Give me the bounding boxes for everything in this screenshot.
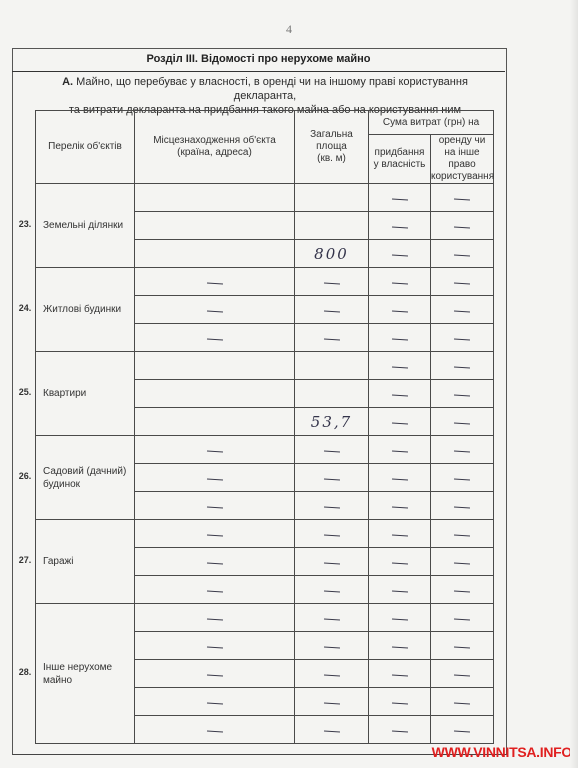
cell-purchase: [369, 464, 431, 492]
handwritten-dash: [323, 310, 339, 312]
handwritten-dash: [206, 450, 222, 452]
header-rent-line1: оренду чи: [439, 135, 486, 146]
cell-area: [295, 520, 369, 548]
subtitle-prefix: А.: [62, 76, 73, 88]
handwritten-dash: [454, 506, 470, 508]
cell-purchase: [369, 184, 431, 212]
category-label: Інше нерухоме майно: [36, 604, 135, 744]
cell-area: [295, 296, 369, 324]
category-label: Житлові будинки: [36, 268, 135, 352]
cell-area: [295, 688, 369, 716]
table-row: Садовий (дачний) будинок: [36, 436, 494, 464]
cell-area: [295, 632, 369, 660]
cell-rent: [431, 464, 494, 492]
cell-purchase: [369, 268, 431, 296]
cell-area: [295, 548, 369, 576]
handwritten-dash: [206, 282, 222, 284]
row-number: 28.: [14, 667, 36, 677]
header-purchase: придбання у власність: [369, 135, 431, 184]
cell-location: [135, 380, 295, 408]
cell-area: 53,7: [295, 408, 369, 436]
handwritten-dash: [323, 730, 339, 732]
cell-purchase: [369, 240, 431, 268]
cell-purchase: [369, 436, 431, 464]
header-expenses: Сума витрат (грн) на: [369, 111, 494, 135]
cell-rent: [431, 268, 494, 296]
cell-purchase: [369, 660, 431, 688]
handwritten-dash: [454, 254, 470, 256]
cell-location: [135, 688, 295, 716]
handwritten-dash: [206, 646, 222, 648]
header-rent-line2: на інше право: [444, 147, 479, 170]
handwritten-dash: [391, 562, 407, 564]
handwritten-dash: [391, 310, 407, 312]
row-number: 25.: [14, 387, 36, 397]
handwritten-dash: [454, 478, 470, 480]
handwritten-dash: [454, 450, 470, 452]
handwritten-dash: [391, 702, 407, 704]
category-label: Квартири: [36, 352, 135, 436]
table-row: Житлові будинки: [36, 268, 494, 296]
header-purchase-line1: придбання: [375, 147, 425, 158]
handwritten-dash: [323, 450, 339, 452]
category-label: Земельні ділянки: [36, 184, 135, 268]
handwritten-dash: [323, 534, 339, 536]
cell-rent: [431, 212, 494, 240]
cell-area: [295, 268, 369, 296]
page-number: 4: [0, 22, 578, 37]
handwritten-dash: [323, 646, 339, 648]
cell-location: [135, 632, 295, 660]
cell-area: [295, 464, 369, 492]
cell-purchase: [369, 688, 431, 716]
cell-location: [135, 576, 295, 604]
cell-rent: [431, 688, 494, 716]
handwritten-dash: [454, 618, 470, 620]
cell-rent: [431, 548, 494, 576]
cell-rent: [431, 660, 494, 688]
handwritten-dash: [454, 730, 470, 732]
cell-rent: [431, 436, 494, 464]
cell-location: [135, 212, 295, 240]
handwritten-dash: [206, 618, 222, 620]
cell-purchase: [369, 380, 431, 408]
cell-location: [135, 184, 295, 212]
cell-purchase: [369, 212, 431, 240]
handwritten-dash: [454, 646, 470, 648]
cell-area: [295, 492, 369, 520]
handwritten-dash: [206, 702, 222, 704]
subtitle-line-1: Майно, що перебуває у власності, в оренд…: [76, 76, 468, 102]
cell-purchase: [369, 408, 431, 436]
page-edge-shadow: [570, 0, 578, 768]
cell-area: [295, 436, 369, 464]
cell-area: [295, 716, 369, 744]
cell-purchase: [369, 520, 431, 548]
cell-rent: [431, 632, 494, 660]
cell-rent: [431, 324, 494, 352]
row-number: 26.: [14, 471, 36, 481]
cell-purchase: [369, 716, 431, 744]
cell-purchase: [369, 324, 431, 352]
handwritten-dash: [206, 534, 222, 536]
header-objects: Перелік об'єктів: [36, 111, 135, 184]
cell-area: [295, 380, 369, 408]
cell-location: [135, 296, 295, 324]
cell-rent: [431, 716, 494, 744]
header-location: Місцезнаходження об'єкта (країна, адреса…: [135, 111, 295, 184]
table-row: Земельні ділянки: [36, 184, 494, 212]
cell-location: [135, 492, 295, 520]
handwritten-dash: [454, 394, 470, 396]
cell-rent: [431, 492, 494, 520]
handwritten-dash: [323, 702, 339, 704]
cell-rent: [431, 520, 494, 548]
row-number: 27.: [14, 555, 36, 565]
cell-location: [135, 408, 295, 436]
handwritten-dash: [206, 730, 222, 732]
cell-area: [295, 184, 369, 212]
handwritten-dash: [391, 618, 407, 620]
handwritten-dash: [391, 282, 407, 284]
cell-purchase: [369, 492, 431, 520]
handwritten-dash: [323, 674, 339, 676]
handwritten-dash: [454, 310, 470, 312]
handwritten-dash: [323, 618, 339, 620]
cell-location: [135, 660, 295, 688]
handwritten-dash: [454, 562, 470, 564]
handwritten-dash: [323, 338, 339, 340]
handwritten-dash: [391, 534, 407, 536]
cell-location: [135, 436, 295, 464]
cell-location: [135, 464, 295, 492]
table-row: Гаражі: [36, 520, 494, 548]
section-title: Розділ III. Відомості про нерухоме майно: [12, 48, 505, 72]
cell-location: [135, 604, 295, 632]
cell-area: 800: [295, 240, 369, 268]
handwritten-dash: [206, 310, 222, 312]
handwritten-dash: [206, 338, 222, 340]
handwritten-dash: [454, 702, 470, 704]
cell-rent: [431, 576, 494, 604]
header-area-line1: Загальна площа: [310, 129, 353, 152]
cell-purchase: [369, 576, 431, 604]
handwritten-value: 800: [314, 245, 349, 263]
watermark: WWW.VINNITSA.INFO: [432, 744, 572, 760]
cell-purchase: [369, 632, 431, 660]
cell-purchase: [369, 604, 431, 632]
cell-rent: [431, 296, 494, 324]
cell-rent: [431, 408, 494, 436]
header-rent: оренду чи на інше право користування: [431, 135, 494, 184]
handwritten-dash: [391, 590, 407, 592]
header-area-line2: (кв. м): [317, 153, 346, 164]
cell-area: [295, 576, 369, 604]
cell-rent: [431, 184, 494, 212]
row-number: 24.: [14, 303, 36, 313]
cell-location: [135, 240, 295, 268]
table-row: Інше нерухоме майно: [36, 604, 494, 632]
handwritten-dash: [323, 506, 339, 508]
cell-location: [135, 520, 295, 548]
handwritten-dash: [454, 590, 470, 592]
category-label: Гаражі: [36, 520, 135, 604]
cell-area: [295, 212, 369, 240]
handwritten-dash: [206, 674, 222, 676]
header-purchase-line2: у власність: [374, 159, 426, 170]
cell-purchase: [369, 548, 431, 576]
handwritten-dash: [391, 226, 407, 228]
category-label: Садовий (дачний) будинок: [36, 436, 135, 520]
table-row: Квартири: [36, 352, 494, 380]
handwritten-dash: [454, 534, 470, 536]
handwritten-dash: [391, 422, 407, 424]
handwritten-dash: [206, 478, 222, 480]
cell-rent: [431, 352, 494, 380]
handwritten-dash: [454, 366, 470, 368]
handwritten-dash: [391, 506, 407, 508]
cell-location: [135, 716, 295, 744]
handwritten-dash: [454, 674, 470, 676]
handwritten-dash: [454, 198, 470, 200]
cell-purchase: [369, 296, 431, 324]
cell-rent: [431, 240, 494, 268]
handwritten-dash: [323, 282, 339, 284]
handwritten-dash: [391, 338, 407, 340]
handwritten-value: 53,7: [311, 413, 352, 431]
handwritten-dash: [454, 282, 470, 284]
cell-location: [135, 268, 295, 296]
handwritten-dash: [454, 338, 470, 340]
handwritten-dash: [206, 590, 222, 592]
handwritten-dash: [391, 254, 407, 256]
handwritten-dash: [323, 478, 339, 480]
cell-location: [135, 548, 295, 576]
header-area: Загальна площа (кв. м): [295, 111, 369, 184]
handwritten-dash: [391, 478, 407, 480]
handwritten-dash: [391, 646, 407, 648]
cell-rent: [431, 604, 494, 632]
handwritten-dash: [391, 730, 407, 732]
cell-area: [295, 604, 369, 632]
handwritten-dash: [454, 422, 470, 424]
cell-location: [135, 324, 295, 352]
real-estate-table: Перелік об'єктів Місцезнаходження об'єкт…: [35, 110, 494, 744]
handwritten-dash: [391, 366, 407, 368]
handwritten-dash: [391, 394, 407, 396]
handwritten-dash: [206, 562, 222, 564]
cell-area: [295, 660, 369, 688]
row-number: 23.: [14, 219, 36, 229]
cell-area: [295, 352, 369, 380]
cell-location: [135, 352, 295, 380]
cell-rent: [431, 380, 494, 408]
cell-area: [295, 324, 369, 352]
handwritten-dash: [323, 590, 339, 592]
handwritten-dash: [391, 674, 407, 676]
handwritten-dash: [391, 198, 407, 200]
handwritten-dash: [206, 506, 222, 508]
header-rent-line3: користування: [431, 171, 494, 182]
handwritten-dash: [323, 562, 339, 564]
cell-purchase: [369, 352, 431, 380]
handwritten-dash: [391, 450, 407, 452]
handwritten-dash: [454, 226, 470, 228]
